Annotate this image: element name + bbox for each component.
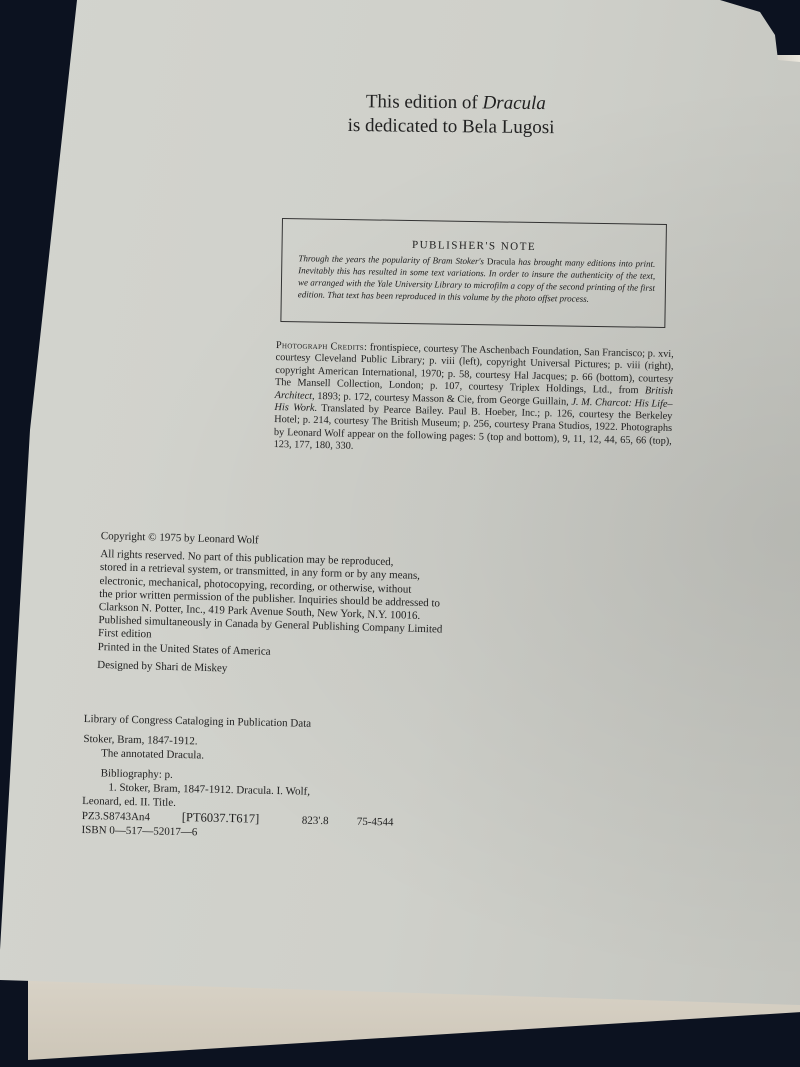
cip-lccn: 75-4544 bbox=[357, 815, 394, 830]
cip-heading: Library of Congress Cataloging in Public… bbox=[84, 712, 396, 733]
publishers-note-box: PUBLISHER'S NOTE Through the years the p… bbox=[280, 218, 667, 328]
credits-part-3: . Translated by Pearce Bailey. Paul B. H… bbox=[273, 403, 672, 452]
dedication-line-1: This edition of Dracula bbox=[348, 90, 555, 116]
dedication-book-title: Dracula bbox=[482, 92, 546, 114]
credits-label: Photograph Credits: bbox=[276, 340, 368, 353]
dedication: This edition of Dracula is dedicated to … bbox=[347, 90, 554, 140]
cip-alt-call-number: [PT6037.T617] bbox=[182, 810, 302, 827]
publishers-note-text: Through the years the popularity of Bram… bbox=[298, 252, 656, 306]
photograph-credits: Photograph Credits: frontispiece, courte… bbox=[273, 340, 673, 461]
copyright-block: Copyright © 1975 by Leonard Wolf All rig… bbox=[97, 530, 445, 682]
designed-by: Designed by Shari de Miskey bbox=[97, 659, 441, 682]
note-book-title: Dracula bbox=[487, 256, 516, 266]
cip-dewey: 823'.8 bbox=[302, 814, 357, 829]
cataloging-data: Library of Congress Cataloging in Public… bbox=[81, 712, 395, 843]
note-text-start: Through the years the popularity of Bram… bbox=[298, 253, 487, 266]
book-page: This edition of Dracula is dedicated to … bbox=[0, 0, 800, 1067]
dedication-prefix: This edition of bbox=[366, 91, 483, 113]
dedication-line-2: is dedicated to Bela Lugosi bbox=[347, 114, 554, 140]
